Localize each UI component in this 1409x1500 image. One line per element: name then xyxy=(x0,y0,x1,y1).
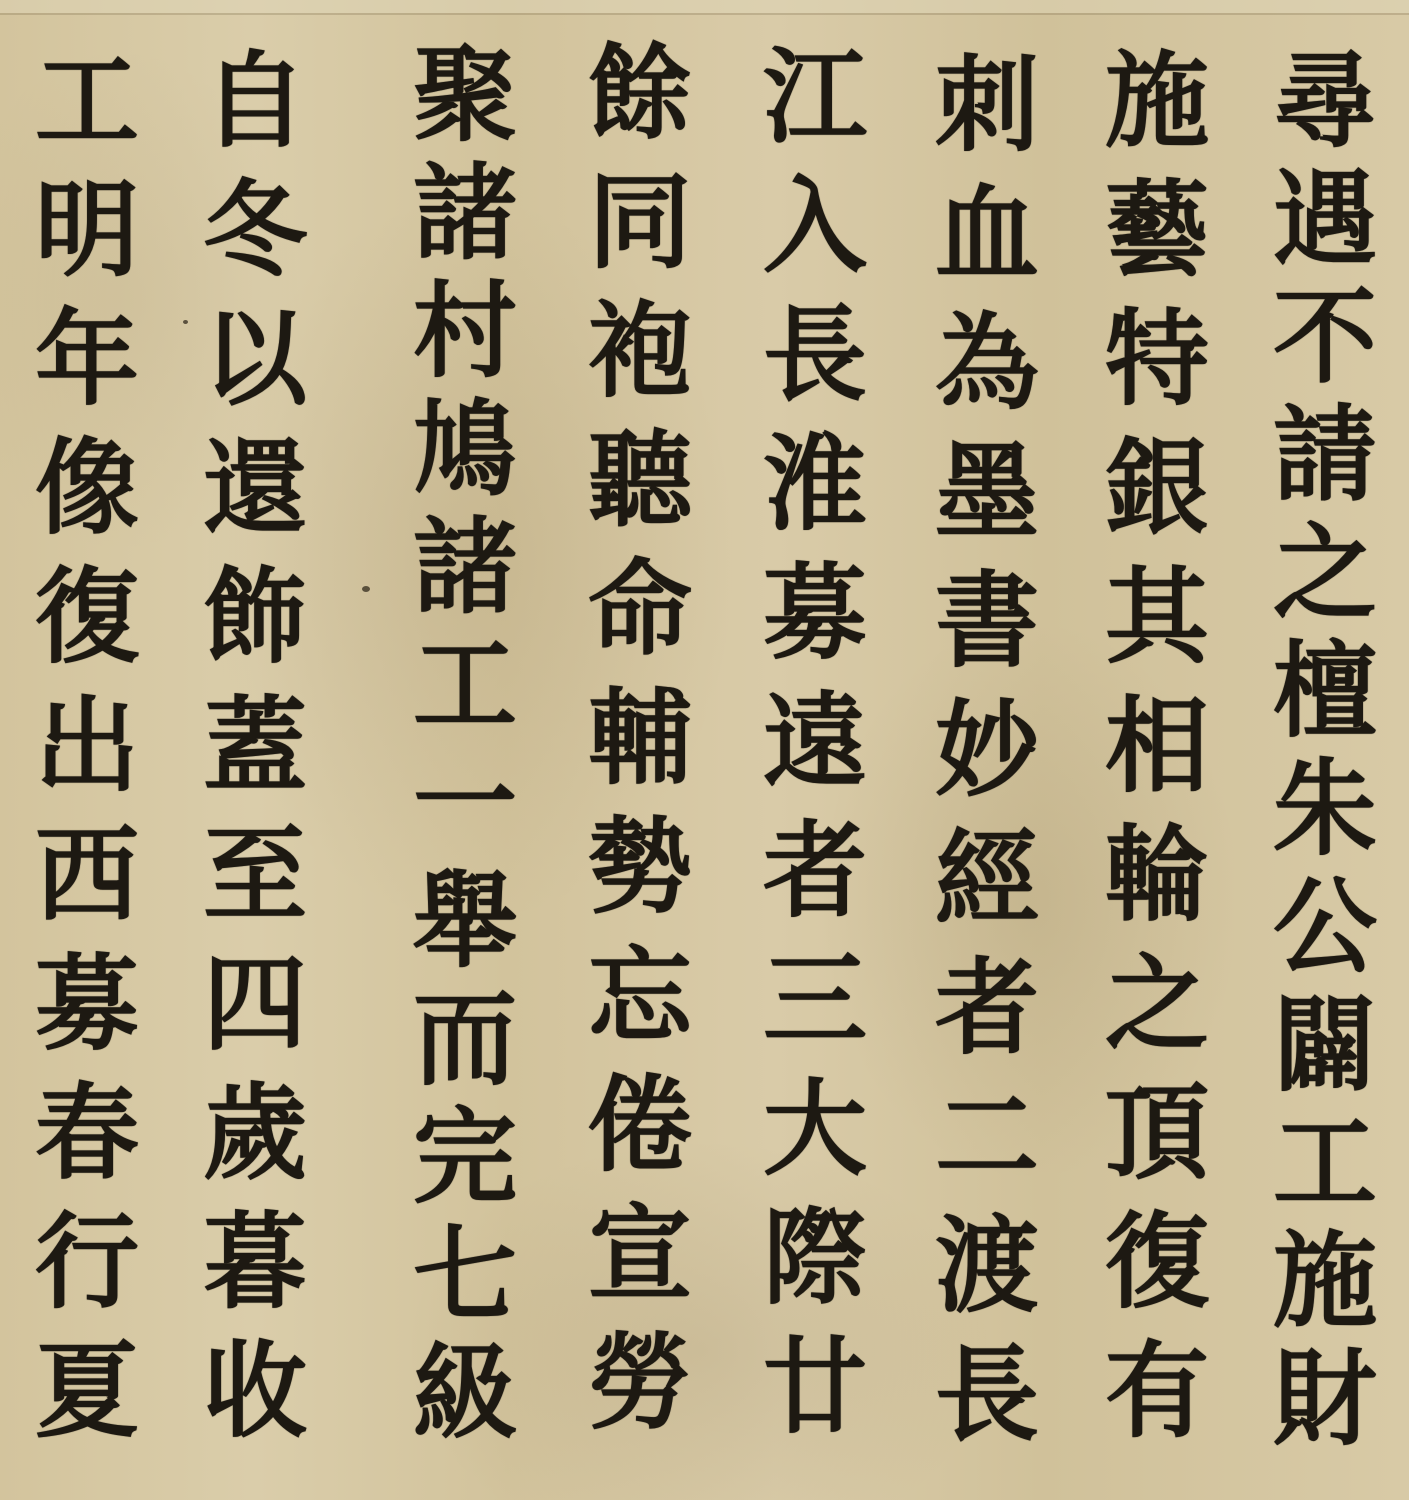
calligraphy-column-4: 江 入 長 淮 募 遠 者 三 大 際 廿 xyxy=(740,32,890,1451)
character: 施 xyxy=(1082,36,1232,165)
character: 宣 xyxy=(565,1189,715,1318)
calligraphy-column-1: 尋 遇 不 請 之 檀 朱 公 闢 工 施 財 xyxy=(1250,42,1400,1458)
text-columns: 尋 遇 不 請 之 檀 朱 公 闢 工 施 財 施 藝 特 銀 其 相 輪 之 … xyxy=(0,0,1409,1500)
character: 諸 xyxy=(390,508,540,626)
character: 自 xyxy=(180,36,330,165)
character: 明 xyxy=(12,165,162,294)
calligraphy-column-3: 刺 血 為 墨 書 妙 經 者 二 渡 長 xyxy=(912,40,1062,1459)
character: 不 xyxy=(1250,278,1400,396)
character: 收 xyxy=(180,1326,330,1455)
character: 聚 xyxy=(390,36,540,154)
character: 墨 xyxy=(912,427,1062,556)
character: 有 xyxy=(1082,1326,1232,1455)
character: 七 xyxy=(390,1216,540,1334)
character: 同 xyxy=(565,157,715,286)
character: 為 xyxy=(912,298,1062,427)
character: 出 xyxy=(12,681,162,810)
character: 勢 xyxy=(565,802,715,931)
character: 鳩 xyxy=(390,390,540,508)
character: 復 xyxy=(1082,1197,1232,1326)
character: 舉 xyxy=(390,862,540,980)
character: 募 xyxy=(740,548,890,677)
character: 二 xyxy=(912,1072,1062,1201)
character: 藝 xyxy=(1082,165,1232,294)
character: 級 xyxy=(390,1334,540,1452)
character: 經 xyxy=(912,814,1062,943)
character: 命 xyxy=(565,544,715,673)
character: 工 xyxy=(12,36,162,165)
ink-speck xyxy=(183,320,188,324)
character: 年 xyxy=(12,294,162,423)
character: 施 xyxy=(1250,1222,1400,1340)
character: 完 xyxy=(390,1098,540,1216)
character: 而 xyxy=(390,980,540,1098)
character: 遇 xyxy=(1250,160,1400,278)
character: 飾 xyxy=(180,552,330,681)
character: 頂 xyxy=(1082,1068,1232,1197)
character: 遠 xyxy=(740,677,890,806)
character: 長 xyxy=(740,290,890,419)
character: 檀 xyxy=(1250,632,1400,750)
character: 入 xyxy=(740,161,890,290)
character: 闢 xyxy=(1250,986,1400,1104)
character: 三 xyxy=(740,935,890,1064)
character: 工 xyxy=(1250,1104,1400,1222)
character: 像 xyxy=(12,423,162,552)
character: 公 xyxy=(1250,868,1400,986)
character: 歲 xyxy=(180,1068,330,1197)
character: 相 xyxy=(1082,681,1232,810)
character: 以 xyxy=(180,294,330,423)
character: 輔 xyxy=(565,673,715,802)
character: 勞 xyxy=(565,1318,715,1447)
character: 其 xyxy=(1082,552,1232,681)
character: 淮 xyxy=(740,419,890,548)
character: 銀 xyxy=(1082,423,1232,552)
character: 行 xyxy=(12,1197,162,1326)
character: 冬 xyxy=(180,165,330,294)
character: 特 xyxy=(1082,294,1232,423)
character: 倦 xyxy=(565,1060,715,1189)
character: 長 xyxy=(912,1330,1062,1459)
calligraphy-scroll: 尋 遇 不 請 之 檀 朱 公 闢 工 施 財 施 藝 特 銀 其 相 輪 之 … xyxy=(0,0,1409,1500)
character: 至 xyxy=(180,810,330,939)
character: 工 xyxy=(390,626,540,744)
character: 復 xyxy=(12,552,162,681)
character: 財 xyxy=(1250,1340,1400,1458)
character: 暮 xyxy=(180,1197,330,1326)
character: 之 xyxy=(1082,939,1232,1068)
character: 廿 xyxy=(740,1322,890,1451)
calligraphy-column-7: 自 冬 以 還 飾 蓋 至 四 歲 暮 收 xyxy=(180,36,330,1455)
character: 之 xyxy=(1250,514,1400,632)
character: 四 xyxy=(180,939,330,1068)
character: 西 xyxy=(12,810,162,939)
calligraphy-column-2: 施 藝 特 銀 其 相 輪 之 頂 復 有 xyxy=(1082,36,1232,1455)
character: 諸 xyxy=(390,154,540,272)
calligraphy-column-6: 聚 諸 村 鳩 諸 工 一 舉 而 完 七 級 xyxy=(390,36,540,1452)
character: 請 xyxy=(1250,396,1400,514)
character: 餘 xyxy=(565,28,715,157)
character: 一 xyxy=(390,744,540,862)
character: 袍 xyxy=(565,286,715,415)
calligraphy-column-5: 餘 同 袍 聽 命 輔 勢 忘 倦 宣 勞 xyxy=(565,28,715,1447)
character: 江 xyxy=(740,32,890,161)
character: 春 xyxy=(12,1068,162,1197)
character: 輪 xyxy=(1082,810,1232,939)
character: 刺 xyxy=(912,40,1062,169)
character: 尋 xyxy=(1250,42,1400,160)
character: 渡 xyxy=(912,1201,1062,1330)
character: 聽 xyxy=(565,415,715,544)
ink-speck xyxy=(362,586,370,592)
character: 大 xyxy=(740,1064,890,1193)
character: 還 xyxy=(180,423,330,552)
character: 血 xyxy=(912,169,1062,298)
character: 夏 xyxy=(12,1326,162,1455)
character: 蓋 xyxy=(180,681,330,810)
character: 村 xyxy=(390,272,540,390)
character: 忘 xyxy=(565,931,715,1060)
character: 書 xyxy=(912,556,1062,685)
character: 朱 xyxy=(1250,750,1400,868)
character: 者 xyxy=(740,806,890,935)
character: 募 xyxy=(12,939,162,1068)
character: 者 xyxy=(912,943,1062,1072)
character: 際 xyxy=(740,1193,890,1322)
calligraphy-column-8: 工 明 年 像 復 出 西 募 春 行 夏 xyxy=(12,36,162,1455)
character: 妙 xyxy=(912,685,1062,814)
